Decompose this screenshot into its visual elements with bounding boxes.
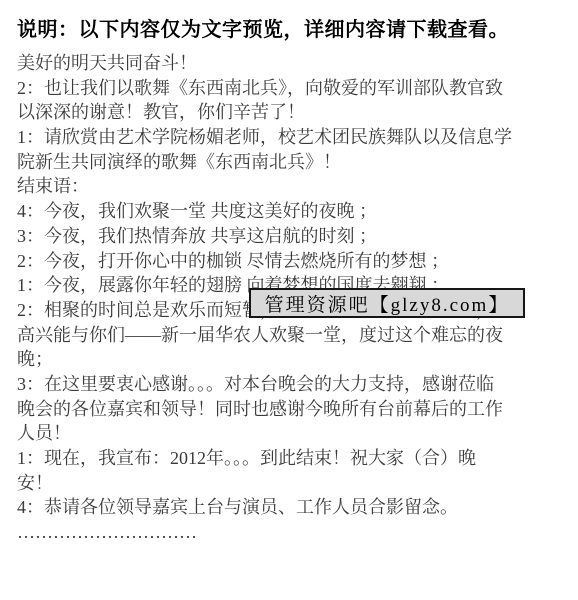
watermark-badge: 管理资源吧【glzy8.com】 [249,288,525,318]
text-line: 4：今夜，我们欢聚一堂 共度这美好的夜晚 ； [17,199,512,224]
text-line: 以深深的谢意！教官，你们辛苦了！ [17,100,512,125]
text-line: 安！ [17,471,512,496]
text-line: 晚； [17,347,512,372]
text-line: 人员！ [17,421,512,446]
text-line: ………………………… [17,520,512,545]
text-line: 结束语： [17,174,512,199]
text-line: 3：在这里要衷心感谢。。。对本台晚会的大力支持，感谢莅临 [17,372,512,397]
page-container: 说明：以下内容仅为文字预览，详细内容请下载查看。 美好的明天共同奋斗！2：也让我… [0,0,578,600]
text-line: 院新生共同演绎的歌舞《东西南北兵》！ [17,150,512,175]
watermark-text: 管理资源吧【glzy8.com】 [265,290,510,317]
text-line: 2：今夜，打开你心中的枷锁 尽情去燃烧所有的梦想 ； [17,249,512,274]
text-line: 1：现在，我宣布：2012年。。。到此结束！祝大家（合）晚 [17,446,512,471]
text-line: 1：请欣赏由艺术学院杨媚老师，校艺术团民族舞队以及信息学 [17,125,512,150]
text-line: 晚会的各位嘉宾和领导！同时也感谢今晚所有台前幕后的工作 [17,397,512,422]
text-line: 美好的明天共同奋斗！ [17,51,512,76]
text-line: 3：今夜，我们热情奔放 共享这启航的时刻 ； [17,224,512,249]
text-line: 4：恭请各位领导嘉宾上台与演员、工作人员合影留念。 [17,495,512,520]
text-line: 2：也让我们以歌舞《东西南北兵》，向敬爱的军训部队教官致 [17,76,512,101]
text-line: 高兴能与你们——新一届华农人欢聚一堂，度过这个难忘的夜 [17,323,512,348]
preview-notice: 说明：以下内容仅为文字预览，详细内容请下载查看。 [17,13,509,42]
